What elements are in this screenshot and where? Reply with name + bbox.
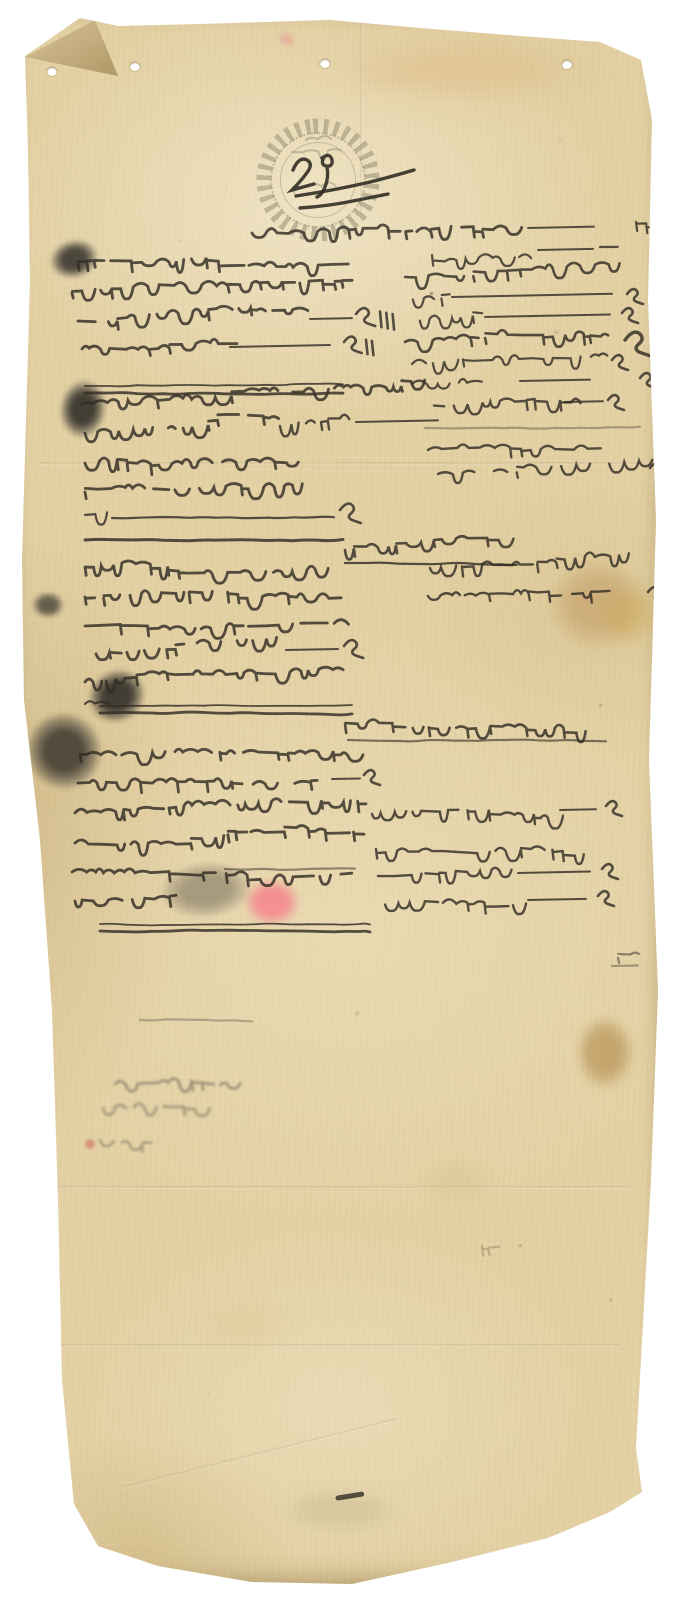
handwritten-line (85, 458, 298, 475)
handwritten-line (376, 846, 584, 863)
ink-dash (520, 380, 590, 381)
amount-numeral (598, 891, 614, 906)
amount-numeral (602, 864, 618, 879)
amount-numeral (640, 373, 656, 388)
ink-dash (538, 249, 593, 250)
handwritten-line (405, 263, 620, 289)
handwritten-line (420, 312, 482, 328)
handwritten-line (115, 1079, 240, 1092)
handwritten-line (292, 149, 341, 159)
handwritten-line (412, 354, 607, 374)
ink-dash (528, 227, 594, 228)
handwritten-line (75, 895, 176, 908)
stamp-number-stroke (292, 159, 314, 190)
handwritten-line (80, 749, 363, 765)
handwritten-line (372, 810, 563, 829)
stamp-number-stroke (300, 194, 388, 208)
amount-numeral (356, 308, 394, 330)
handwritten-line (405, 330, 608, 352)
handwritten-line (78, 258, 348, 276)
ink-rule (85, 384, 343, 387)
amount-numeral (344, 640, 363, 658)
manuscript-page (0, 0, 673, 1600)
handwritten-line (428, 445, 601, 458)
ink-dash (230, 345, 330, 347)
handwritten-line (85, 483, 302, 498)
amount-numeral (364, 770, 380, 785)
ink-rule (425, 427, 640, 429)
amount-numeral (340, 504, 361, 523)
ink-dash (612, 965, 638, 966)
handwritten-line (75, 799, 366, 820)
ink-dash (560, 809, 596, 810)
paper-speckles (0, 0, 1, 1)
handwritten-line (78, 306, 308, 329)
ink-dash (286, 649, 338, 650)
handwritten-line (428, 590, 610, 602)
ink-dash (332, 778, 360, 779)
handwritten-line (96, 637, 277, 659)
handwritten-line (345, 720, 586, 742)
ink-rule (100, 712, 352, 715)
handwritten-line (85, 414, 279, 441)
ink-dash (338, 1494, 362, 1498)
ink-dash (565, 401, 603, 402)
amount-numeral (608, 395, 624, 410)
handwriting-layer (0, 0, 673, 1600)
ink-mark (306, 136, 331, 140)
scanned-document (0, 0, 673, 1600)
pink-dot-top-2 (556, 26, 570, 38)
amount-numeral (648, 587, 664, 602)
handwritten-line (413, 294, 450, 307)
handwritten-line (280, 415, 349, 437)
amount-numeral (627, 289, 643, 304)
ink-rule (225, 868, 355, 870)
handwritten-line (345, 536, 513, 559)
ink-dash (485, 315, 610, 318)
ink-mark (482, 1246, 499, 1256)
amount-numeral (650, 463, 666, 478)
handwritten-line (432, 254, 531, 269)
ink-mark (85, 512, 107, 524)
ink-dash (356, 420, 438, 422)
amount-numeral (344, 337, 373, 356)
ink-dash (310, 318, 352, 319)
handwritten-line (252, 225, 522, 242)
ink-dash (452, 294, 612, 297)
ink-mark (636, 222, 658, 233)
ink-rule (100, 930, 370, 932)
handwritten-line (82, 339, 237, 355)
amount-numeral (622, 308, 638, 323)
amount-numeral (606, 801, 622, 816)
ink-rule (85, 539, 343, 540)
amount-numeral (612, 355, 628, 370)
ink-rule (140, 1019, 252, 1021)
ink-dash (518, 872, 590, 873)
ink-rule (100, 705, 352, 706)
ink-rule (112, 517, 334, 518)
ink-mark (618, 953, 639, 964)
ink-dash (528, 899, 586, 900)
handwritten-line (85, 667, 343, 692)
handwritten-line (385, 899, 526, 914)
ink-rule (348, 740, 606, 742)
amount-numeral (625, 332, 651, 356)
handwritten-line (99, 1135, 157, 1154)
handwritten-line (103, 1104, 220, 1116)
handwritten-line (430, 553, 629, 577)
handwritten-line (85, 620, 349, 639)
ink-rule (100, 924, 370, 926)
handwritten-line (85, 561, 337, 583)
handwritten-line (75, 826, 364, 856)
ink-mark (85, 701, 110, 704)
handwritten-line (85, 591, 341, 610)
handwritten-line (78, 779, 317, 793)
handwritten-line (72, 869, 352, 886)
handwritten-line (72, 280, 352, 300)
handwritten-line (438, 460, 652, 483)
handwritten-line (434, 399, 590, 415)
handwritten-line (378, 868, 511, 884)
